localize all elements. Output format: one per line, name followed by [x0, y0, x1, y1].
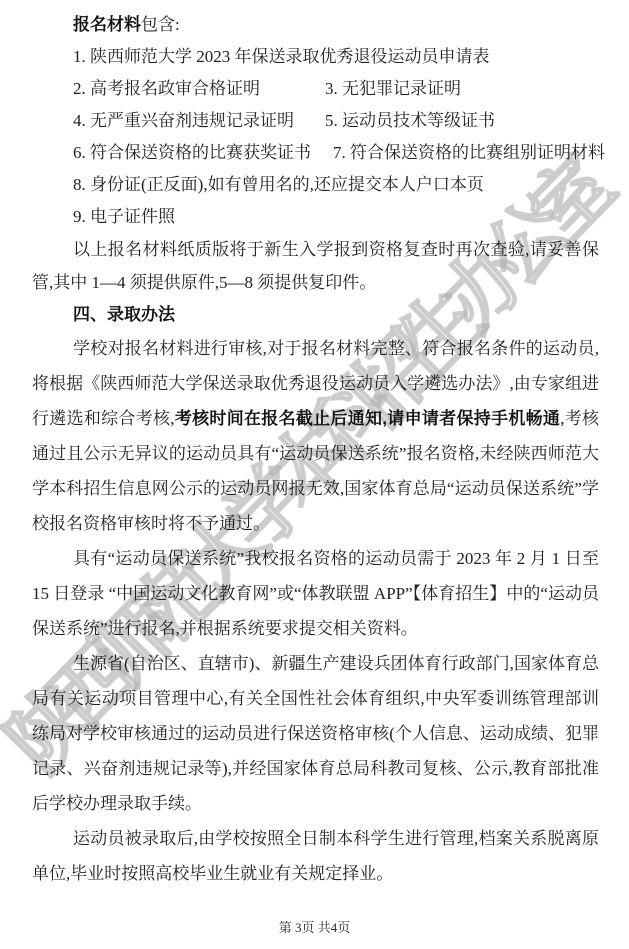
- admission-paragraph-1-bold: 考核时间在报名截止后通知,请申请者保持手机畅通: [175, 409, 561, 428]
- material-item-1-text: 1. 陕西师范大学 2023 年保送录取优秀退役运动员申请表: [73, 47, 490, 66]
- material-item-1: 1. 陕西师范大学 2023 年保送录取优秀退役运动员申请表: [32, 41, 599, 73]
- admission-paragraph-2: 具有“运动员保送系统”我校报名资格的运动员需于 2023 年 2 月 1 日至 …: [32, 541, 599, 646]
- admission-paragraph-3: 生源省(自治区、直辖市)、新疆生产建设兵团体育行政部门,国家体育总局有关运动项目…: [32, 646, 599, 821]
- material-items-4-5: 4. 无严重兴奋剂违规记录证明5. 运动员技术等级证书: [32, 105, 599, 137]
- material-item-9: 9. 电子证件照: [32, 201, 599, 233]
- material-items-2-3: 2. 高考报名政审合格证明3. 无犯罪记录证明: [32, 73, 599, 105]
- document-content: 报名材料包含: 1. 陕西师范大学 2023 年保送录取优秀退役运动员申请表 2…: [32, 0, 599, 891]
- material-item-8-text: 8. 身份证(正反面),如有曾用名的,还应提交本人户口本页: [73, 175, 484, 194]
- material-item-2-text: 2. 高考报名政审合格证明: [73, 79, 260, 98]
- material-item-3-text: 3. 无犯罪记录证明: [325, 73, 461, 105]
- materials-heading: 报名材料包含:: [32, 9, 599, 41]
- material-item-4-text: 4. 无严重兴奋剂违规记录证明: [73, 111, 294, 130]
- admission-paragraph-4: 运动员被录取后,由学校按照全日制本科学生进行管理,档案关系脱离原单位,毕业时按照…: [32, 821, 599, 891]
- material-item-8: 8. 身份证(正反面),如有曾用名的,还应提交本人户口本页: [32, 169, 599, 201]
- material-item-9-text: 9. 电子证件照: [73, 207, 175, 226]
- material-item-6-text: 6. 符合保送资格的比赛获奖证书: [73, 143, 311, 162]
- admission-paragraph-1: 学校对报名材料进行审核,对于报名材料完整、符合报名条件的运动员,将根据《陕西师范…: [32, 331, 599, 541]
- material-item-7-text: 7. 符合保送资格的比赛组别证明材料: [333, 137, 605, 169]
- material-items-6-7: 6. 符合保送资格的比赛获奖证书7. 符合保送资格的比赛组别证明材料: [32, 137, 599, 169]
- materials-note-paragraph: 以上报名材料纸质版将于新生入学报到资格复查时再次查验,请妥善保管,其中 1—4 …: [32, 233, 599, 299]
- materials-heading-bold: 报名材料: [73, 15, 141, 34]
- document-page: 陕西师范大学本科招生办公室 报名材料包含: 1. 陕西师范大学 2023 年保送…: [0, 0, 629, 949]
- material-item-5-text: 5. 运动员技术等级证书: [325, 105, 495, 137]
- page-footer: 第 3页 共4页: [0, 917, 629, 936]
- section-heading-admission: 四、录取办法: [32, 299, 599, 331]
- materials-heading-rest: 包含:: [141, 15, 180, 34]
